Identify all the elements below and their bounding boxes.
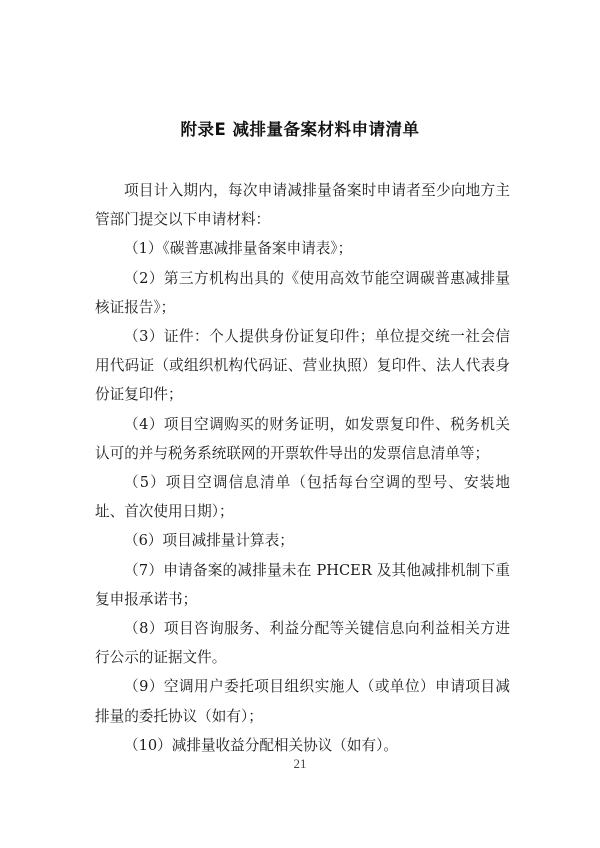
list-item: （6）项目减排量计算表； [95, 526, 510, 555]
page-title: 附录E 减排量备案材料申请清单 [0, 116, 600, 140]
list-item: （1）《碳普惠减排量备案申请表》； [95, 234, 510, 263]
list-item: （4）项目空调购买的财务证明，如发票复印件、税务机关认可的并与税务系统联网的开票… [95, 410, 510, 468]
document-body: 项目计入期内，每次申请减排量备案时申请者至少向地方主管部门提交以下申请材料： （… [95, 176, 510, 760]
list-item: （5）项目空调信息清单（包括每台空调的型号、安装地址、首次使用日期）； [95, 468, 510, 526]
page-number: 21 [0, 756, 600, 772]
list-item: （9）空调用户委托项目组织实施人（或单位）申请项目减排量的委托协议（如有）； [95, 672, 510, 730]
intro-paragraph: 项目计入期内，每次申请减排量备案时申请者至少向地方主管部门提交以下申请材料： [95, 176, 510, 234]
list-item: （8）项目咨询服务、利益分配等关键信息向利益相关方进行公示的证据文件。 [95, 614, 510, 672]
list-item: （7）申请备案的减排量未在 PHCER 及其他减排机制下重复申报承诺书； [95, 556, 510, 614]
list-item: （2）第三方机构出具的《使用高效节能空调碳普惠减排量核证报告》； [95, 264, 510, 322]
list-item: （3）证件：个人提供身份证复印件；单位提交统一社会信用代码证（或组织机构代码证、… [95, 322, 510, 410]
